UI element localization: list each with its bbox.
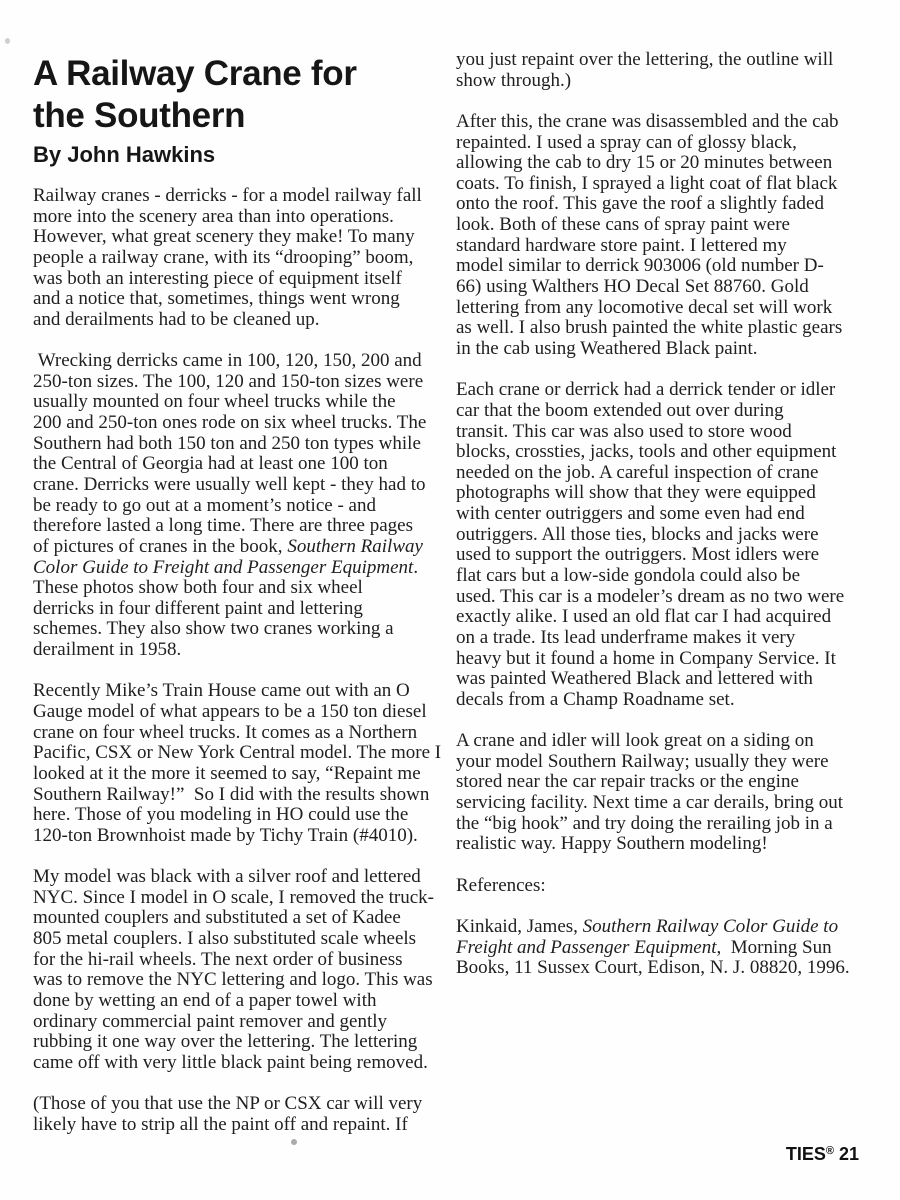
text-line: 805 metal couplers. I also substituted s… <box>33 929 445 950</box>
text-line: with center outriggers and some even had… <box>456 504 866 525</box>
paragraph: References: <box>456 876 866 897</box>
text-line: These photos show both four and six whee… <box>33 578 445 599</box>
text-line: more into the scenery area than into ope… <box>33 207 445 228</box>
text-line: Wrecking derricks came in 100, 120, 150,… <box>33 351 445 372</box>
text-line: derailment in 1958. <box>33 640 445 661</box>
text-line: as well. I also brush painted the white … <box>456 318 866 339</box>
text-line: References: <box>456 876 866 897</box>
article-byline: By John Hawkins <box>33 142 445 168</box>
text-line: the “big hook” and try doing the reraili… <box>456 814 866 835</box>
text-line: 200 and 250-ton ones rode on six wheel t… <box>33 413 445 434</box>
text-line: show through.) <box>456 71 866 92</box>
text-line: 250-ton sizes. The 100, 120 and 150-ton … <box>33 372 445 393</box>
text-line: rubbing it one way over the lettering. T… <box>33 1032 445 1053</box>
scan-speck <box>291 1139 297 1145</box>
text-line: used to support the outriggers. Most idl… <box>456 545 866 566</box>
text-line: transit. This car was also used to store… <box>456 422 866 443</box>
text-line: car that the boom extended out over duri… <box>456 401 866 422</box>
text-line: realistic way. Happy Southern modeling! <box>456 834 866 855</box>
text-line: in the cab using Weathered Black paint. <box>456 339 866 360</box>
text-line: photographs will show that they were equ… <box>456 483 866 504</box>
text-line: be ready to go out at a moment’s notice … <box>33 496 445 517</box>
paragraph: Wrecking derricks came in 100, 120, 150,… <box>33 351 445 661</box>
text-line: derricks in four different paint and let… <box>33 599 445 620</box>
text-line: heavy but it found a home in Company Ser… <box>456 649 866 670</box>
text-line: Pacific, CSX or New York Central model. … <box>33 743 445 764</box>
paragraph: you just repaint over the lettering, the… <box>456 50 866 91</box>
text-line: ordinary commercial paint remover and ge… <box>33 1012 445 1033</box>
text-line: done by wetting an end of a paper towel … <box>33 991 445 1012</box>
text-line: people a railway crane, with its “droopi… <box>33 248 445 269</box>
text-line: After this, the crane was disassembled a… <box>456 112 866 133</box>
text-line: model similar to derrick 903006 (old num… <box>456 256 866 277</box>
left-column-text: Railway cranes - derricks - for a model … <box>33 186 445 1135</box>
text-line: likely have to strip all the paint off a… <box>33 1115 445 1136</box>
text-line: Kinkaid, James, Southern Railway Color G… <box>456 917 866 938</box>
text-line: My model was black with a silver roof an… <box>33 867 445 888</box>
text-line: lettering from any locomotive decal set … <box>456 298 866 319</box>
text-line: outriggers. All those ties, blocks and j… <box>456 525 866 546</box>
text-line: mounted couplers and substituted a set o… <box>33 908 445 929</box>
paragraph: Railway cranes - derricks - for a model … <box>33 186 445 330</box>
text-line: onto the roof. This gave the roof a slig… <box>456 194 866 215</box>
text-line: and a notice that, sometimes, things wen… <box>33 289 445 310</box>
registered-trademark-symbol: ® <box>826 1145 834 1157</box>
text-line: Recently Mike’s Train House came out wit… <box>33 681 445 702</box>
text-line: you just repaint over the lettering, the… <box>456 50 866 71</box>
text-line: and derailments had to be cleaned up. <box>33 310 445 331</box>
text-line: schemes. They also show two cranes worki… <box>33 619 445 640</box>
text-line: coats. To finish, I sprayed a light coat… <box>456 174 866 195</box>
text-line: Southern had both 150 ton and 250 ton ty… <box>33 434 445 455</box>
text-line: decals from a Champ Roadname set. <box>456 690 866 711</box>
left-column: A Railway Crane for the Southern By John… <box>33 0 445 1156</box>
paragraph: (Those of you that use the NP or CSX car… <box>33 1094 445 1135</box>
text-line: A crane and idler will look great on a s… <box>456 731 866 752</box>
text-line: therefore lasted a long time. There are … <box>33 516 445 537</box>
text-line: stored near the car repair tracks or the… <box>456 772 866 793</box>
page-number: 21 <box>839 1144 859 1164</box>
text-line: here. Those of you modeling in HO could … <box>33 805 445 826</box>
text-line: came off with very little black paint be… <box>33 1053 445 1074</box>
text-line: was to remove the NYC lettering and logo… <box>33 970 445 991</box>
text-line: usually mounted on four wheel trucks whi… <box>33 392 445 413</box>
text-line: looked at it the more it seemed to say, … <box>33 764 445 785</box>
text-line: crane. Derricks were usually well kept -… <box>33 475 445 496</box>
text-line: crane on four wheel trucks. It comes as … <box>33 723 445 744</box>
text-line: your model Southern Railway; usually the… <box>456 752 866 773</box>
text-line: allowing the cab to dry 15 or 20 minutes… <box>456 153 866 174</box>
text-line: Each crane or derrick had a derrick tend… <box>456 380 866 401</box>
text-line: 66) using Walthers HO Decal Set 88760. G… <box>456 277 866 298</box>
text-line: Gauge model of what appears to be a 150 … <box>33 702 445 723</box>
right-column-text: you just repaint over the lettering, the… <box>456 50 866 979</box>
text-line: flat cars but a low-side gondola could a… <box>456 566 866 587</box>
magazine-page: A Railway Crane for the Southern By John… <box>0 0 900 1200</box>
text-line: repainted. I used a spray can of glossy … <box>456 133 866 154</box>
text-line: used. This car is a modeler’s dream as n… <box>456 587 866 608</box>
paragraph: After this, the crane was disassembled a… <box>456 112 866 360</box>
text-line: was painted Weathered Black and lettered… <box>456 669 866 690</box>
paragraph: Kinkaid, James, Southern Railway Color G… <box>456 917 866 979</box>
text-line: (Those of you that use the NP or CSX car… <box>33 1094 445 1115</box>
article-title-line1: A Railway Crane for <box>33 53 445 95</box>
text-line: Southern Railway!” So I did with the res… <box>33 785 445 806</box>
scan-speck <box>5 38 10 44</box>
article-title-line2: the Southern <box>33 95 445 137</box>
text-line: exactly alike. I used an old flat car I … <box>456 607 866 628</box>
text-line: 120-ton Brownhoist made by Tichy Train (… <box>33 826 445 847</box>
paragraph: Each crane or derrick had a derrick tend… <box>456 380 866 710</box>
text-line: on a trade. Its lead underframe makes it… <box>456 628 866 649</box>
paragraph: A crane and idler will look great on a s… <box>456 731 866 855</box>
text-line: standard hardware store paint. I lettere… <box>456 236 866 257</box>
text-line: Color Guide to Freight and Passenger Equ… <box>33 558 445 579</box>
article-title: A Railway Crane for the Southern <box>33 53 445 137</box>
text-line: needed on the job. A careful inspection … <box>456 463 866 484</box>
text-line: Books, 11 Sussex Court, Edison, N. J. 08… <box>456 958 866 979</box>
right-column: you just repaint over the lettering, the… <box>456 0 866 999</box>
text-line: However, what great scenery they make! T… <box>33 227 445 248</box>
paragraph: Recently Mike’s Train House came out wit… <box>33 681 445 846</box>
text-line: NYC. Since I model in O scale, I removed… <box>33 888 445 909</box>
text-line: blocks, crossties, jacks, tools and othe… <box>456 442 866 463</box>
text-line: the Central of Georgia had at least one … <box>33 454 445 475</box>
paragraph: My model was black with a silver roof an… <box>33 867 445 1073</box>
magazine-name: TIES <box>786 1144 826 1164</box>
text-line: of pictures of cranes in the book, South… <box>33 537 445 558</box>
text-line: was both an interesting piece of equipme… <box>33 269 445 290</box>
text-line: look. Both of these cans of spray paint … <box>456 215 866 236</box>
text-line: Railway cranes - derricks - for a model … <box>33 186 445 207</box>
text-line: servicing facility. Next time a car dera… <box>456 793 866 814</box>
page-footer: TIES®21 <box>786 1144 859 1165</box>
text-line: Freight and Passenger Equipment, Morning… <box>456 938 866 959</box>
text-line: for the hi-rail wheels. The next order o… <box>33 950 445 971</box>
